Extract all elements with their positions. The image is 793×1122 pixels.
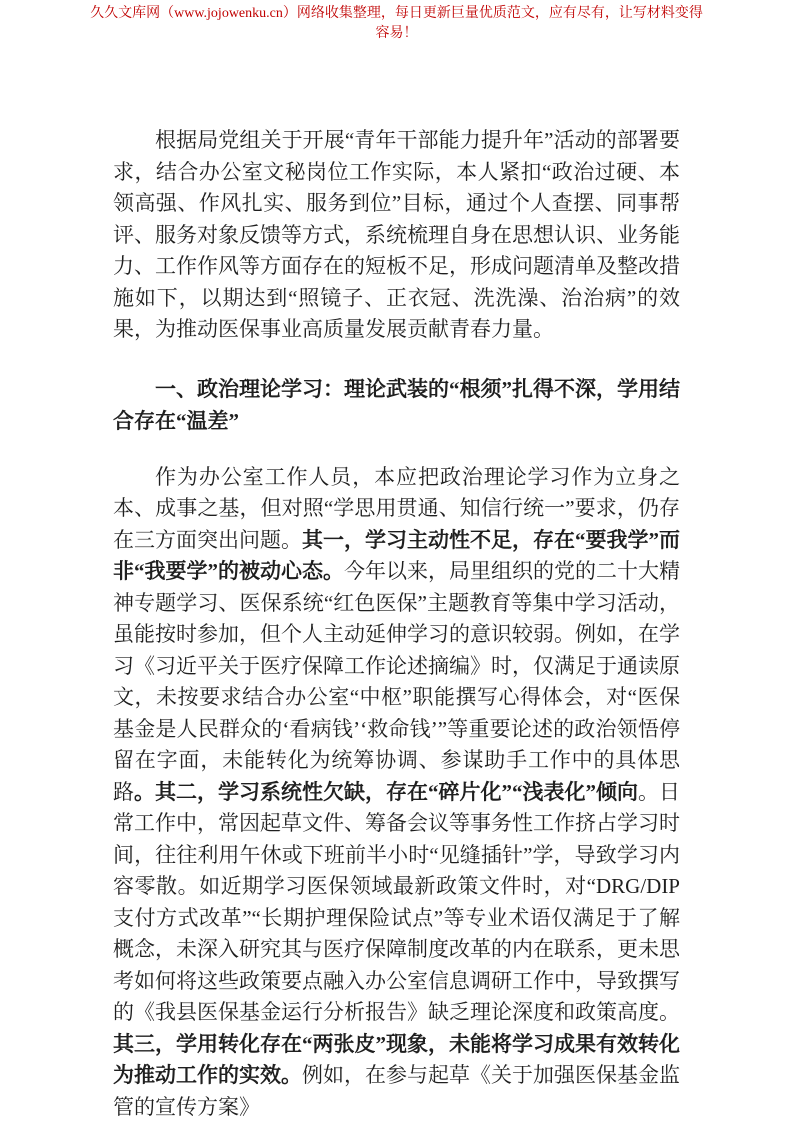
paragraph-section-1: 作为办公室工作人员，本应把政治理论学习作为立身之本、成事之基，但对照“学思用贯通… (113, 462, 680, 1122)
text-run: 。其二，学习系统性欠缺，存在“碎片化”“浅表化”倾向 (134, 780, 638, 804)
section-heading-1: 一、政治理论学习：理论武装的“根须”扎得不深，学用结合存在“温差” (113, 373, 680, 437)
text-run: 一、政治理论学习：理论武装的“根须”扎得不深，学用结合存在“温差” (113, 377, 680, 433)
watermark-header: 久久文库网（www.jojowenku.cn）网络收集整理，每日更新巨量优质范文… (89, 4, 705, 44)
text-run: 根据局党组关于开展“青年干部能力提升年”活动的部署要求，结合办公室文秘岗位工作实… (113, 128, 680, 341)
text-run: 今年以来，局里组织的党的二十大精神专题学习、医保系统“红色医保”主题教育等集中学… (113, 559, 680, 804)
document-page: 根据局党组关于开展“青年干部能力提升年”活动的部署要求，结合办公室文秘岗位工作实… (113, 44, 680, 1122)
text-run: 。日常工作中，常因起草文件、筹备会议等事务性工作挤占学习时间，往往利用午休或下班… (113, 780, 680, 1025)
document-body: 根据局党组关于开展“青年干部能力提升年”活动的部署要求，结合办公室文秘岗位工作实… (113, 125, 680, 1122)
paragraph-intro: 根据局党组关于开展“青年干部能力提升年”活动的部署要求，结合办公室文秘岗位工作实… (113, 125, 680, 346)
